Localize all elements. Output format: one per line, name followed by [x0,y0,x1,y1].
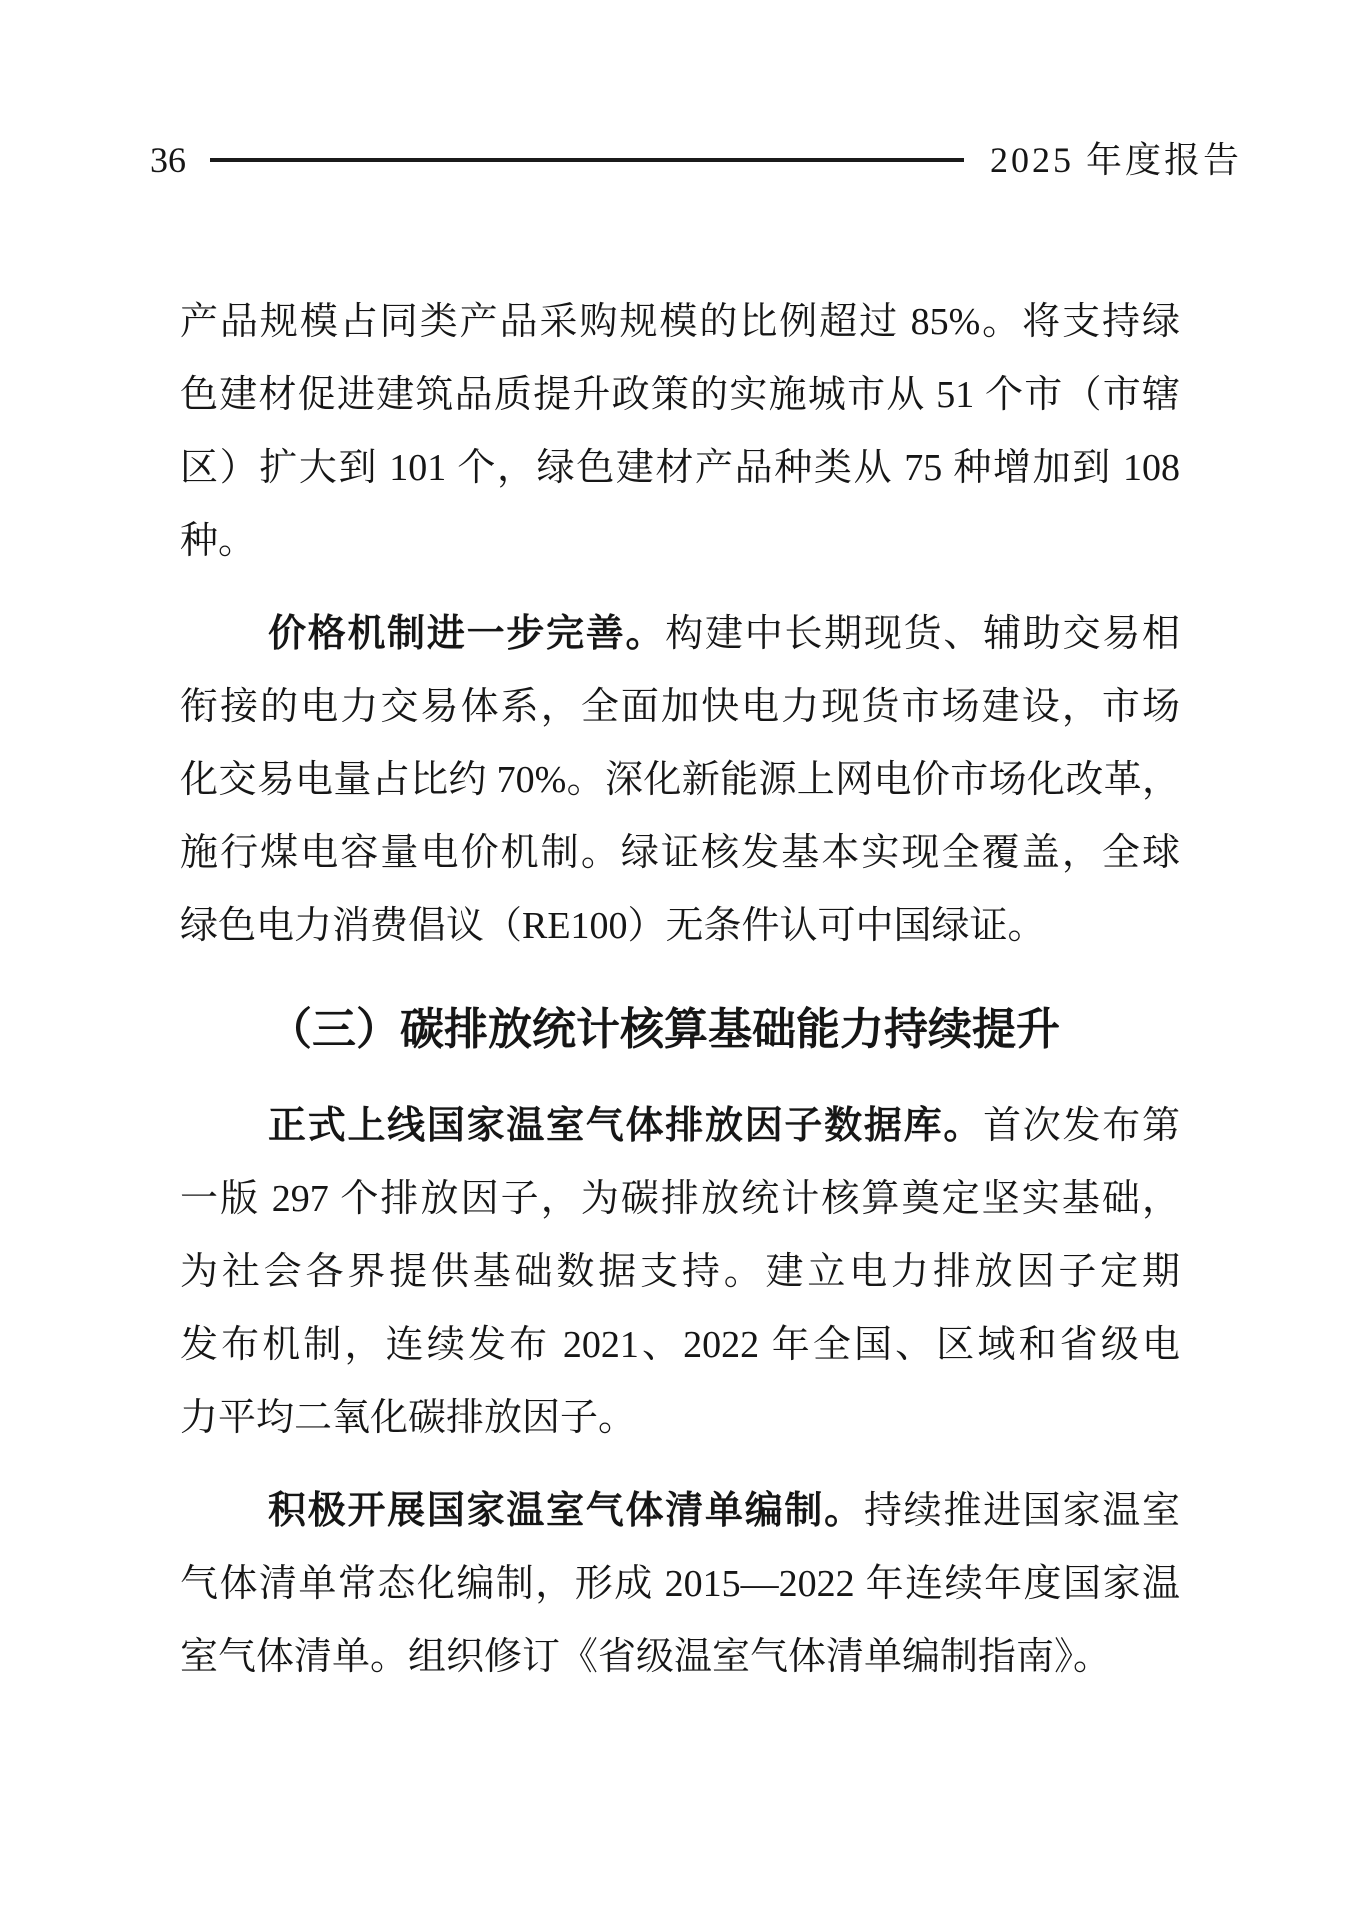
paragraph: 积极开展国家温室气体清单编制。持续推进国家温室气体清单常态化编制，形成 2015… [180,1475,1180,1694]
page-number: 36 [150,136,186,184]
text-line: 一版 297 个排放因子，为碳排放统计核算奠定坚实基础， [180,1163,1180,1236]
text-line: 化交易电量占比约 70%。深化新能源上网电价市场化改革， [180,744,1180,817]
text-line: 发布机制，连续发布 2021、2022 年全国、区域和省级电 [180,1309,1180,1382]
text-line: 绿色电力消费倡议（RE100）无条件认可中国绿证。 [180,890,1180,963]
paragraph: 正式上线国家温室气体排放因子数据库。首次发布第一版 297 个排放因子，为碳排放… [180,1090,1180,1455]
page-header: 36 2025 年度报告 [150,136,1242,184]
bold-lead-text: 价格机制进一步完善。 [268,613,665,655]
header-rule [210,158,964,162]
text-line: 种。 [180,505,1180,578]
text-line: 正式上线国家温室气体排放因子数据库。首次发布第 [180,1090,1180,1163]
document-page: 36 2025 年度报告 产品规模占同类产品采购规模的比例超过 85%。将支持绿… [0,0,1359,1920]
paragraph: 价格机制进一步完善。构建中长期现货、辅助交易相衔接的电力交易体系，全面加快电力现… [180,598,1180,963]
text-line: 气体清单常态化编制，形成 2015—2022 年连续年度国家温 [180,1548,1180,1621]
bold-lead-text: 正式上线国家温室气体排放因子数据库。 [268,1105,983,1147]
text-line: 色建材促进建筑品质提升政策的实施城市从 51 个市（市辖 [180,359,1180,432]
text-line: 施行煤电容量电价机制。绿证核发基本实现全覆盖，全球 [180,817,1180,890]
text-line: 积极开展国家温室气体清单编制。持续推进国家温室 [180,1475,1180,1548]
section-heading: （三）碳排放统计核算基础能力持续提升 [180,993,1180,1066]
text-line: 产品规模占同类产品采购规模的比例超过 85%。将支持绿 [180,286,1180,359]
document-body: 产品规模占同类产品采购规模的比例超过 85%。将支持绿色建材促进建筑品质提升政策… [180,286,1180,1694]
bold-lead-text: 积极开展国家温室气体清单编制。 [268,1490,864,1532]
text-line: 为社会各界提供基础数据支持。建立电力排放因子定期 [180,1236,1180,1309]
paragraph: 产品规模占同类产品采购规模的比例超过 85%。将支持绿色建材促进建筑品质提升政策… [180,286,1180,578]
text-line: 力平均二氧化碳排放因子。 [180,1382,1180,1455]
text-line: 价格机制进一步完善。构建中长期现货、辅助交易相 [180,598,1180,671]
report-title: 2025 年度报告 [990,136,1242,184]
text-line: 室气体清单。组织修订《省级温室气体清单编制指南》。 [180,1621,1180,1694]
text-line: 区）扩大到 101 个，绿色建材产品种类从 75 种增加到 108 [180,432,1180,505]
text-line: 衔接的电力交易体系，全面加快电力现货市场建设，市场 [180,671,1180,744]
